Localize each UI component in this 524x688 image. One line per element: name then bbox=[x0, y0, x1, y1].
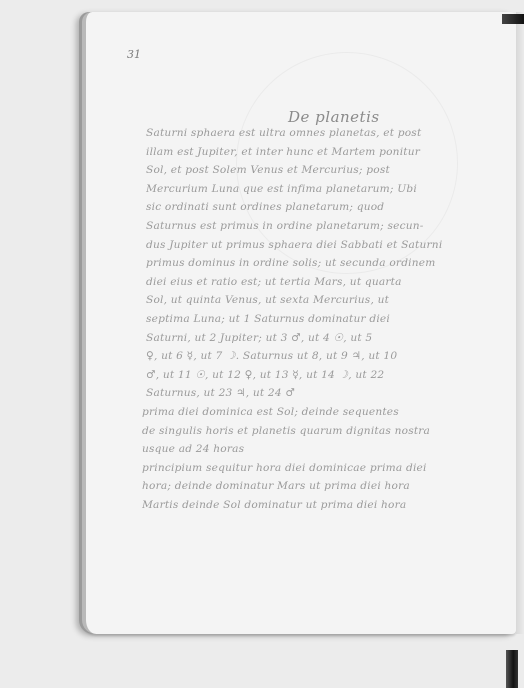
text-line: diei eius et ratio est; ut tertia Mars, … bbox=[146, 273, 506, 292]
text-line: illam est Jupiter, et inter hunc et Mart… bbox=[146, 143, 506, 162]
text-line: septima Luna; ut 1 Saturnus dominatur di… bbox=[146, 310, 506, 329]
manuscript-body: Saturni sphaera est ultra omnes planetas… bbox=[146, 124, 506, 514]
text-line: Saturni sphaera est ultra omnes planetas… bbox=[146, 124, 506, 143]
text-line: usque ad 24 horas bbox=[142, 440, 506, 459]
manuscript-page: 31 De planetis Saturni sphaera est ultra… bbox=[82, 12, 516, 634]
text-line: Mercurium Luna que est infima planetarum… bbox=[146, 180, 506, 199]
text-line: Saturnus, ut 23 ♃, ut 24 ♂ bbox=[146, 384, 506, 403]
text-line: sic ordinati sunt ordines planetarum; qu… bbox=[146, 198, 506, 217]
binding-shadow-bottom bbox=[506, 650, 518, 688]
text-line: dus Jupiter ut primus sphaera diei Sabba… bbox=[146, 236, 506, 255]
text-line: Sol, ut quinta Venus, ut sexta Mercurius… bbox=[146, 291, 506, 310]
folio-number: 31 bbox=[127, 48, 141, 61]
text-line: primus dominus in ordine solis; ut secun… bbox=[146, 254, 506, 273]
text-line: Saturnus est primus in ordine planetarum… bbox=[146, 217, 506, 236]
text-line: ♂, ut 11 ☉, ut 12 ♀, ut 13 ☿, ut 14 ☽, u… bbox=[146, 366, 506, 385]
text-line: hora; deinde dominatur Mars ut prima die… bbox=[142, 477, 506, 496]
binding-shadow-top bbox=[502, 14, 524, 24]
text-line: Saturni, ut 2 Jupiter; ut 3 ♂, ut 4 ☉, u… bbox=[146, 329, 506, 348]
text-line: de singulis horis et planetis quarum dig… bbox=[142, 422, 506, 441]
text-line: Martis deinde Sol dominatur ut prima die… bbox=[142, 496, 506, 515]
text-line: prima diei dominica est Sol; deinde sequ… bbox=[142, 403, 506, 422]
text-line: principium sequitur hora diei dominicae … bbox=[142, 459, 506, 478]
text-line: ♀, ut 6 ☿, ut 7 ☽. Saturnus ut 8, ut 9 ♃… bbox=[146, 347, 506, 366]
text-line: Sol, et post Solem Venus et Mercurius; p… bbox=[146, 161, 506, 180]
